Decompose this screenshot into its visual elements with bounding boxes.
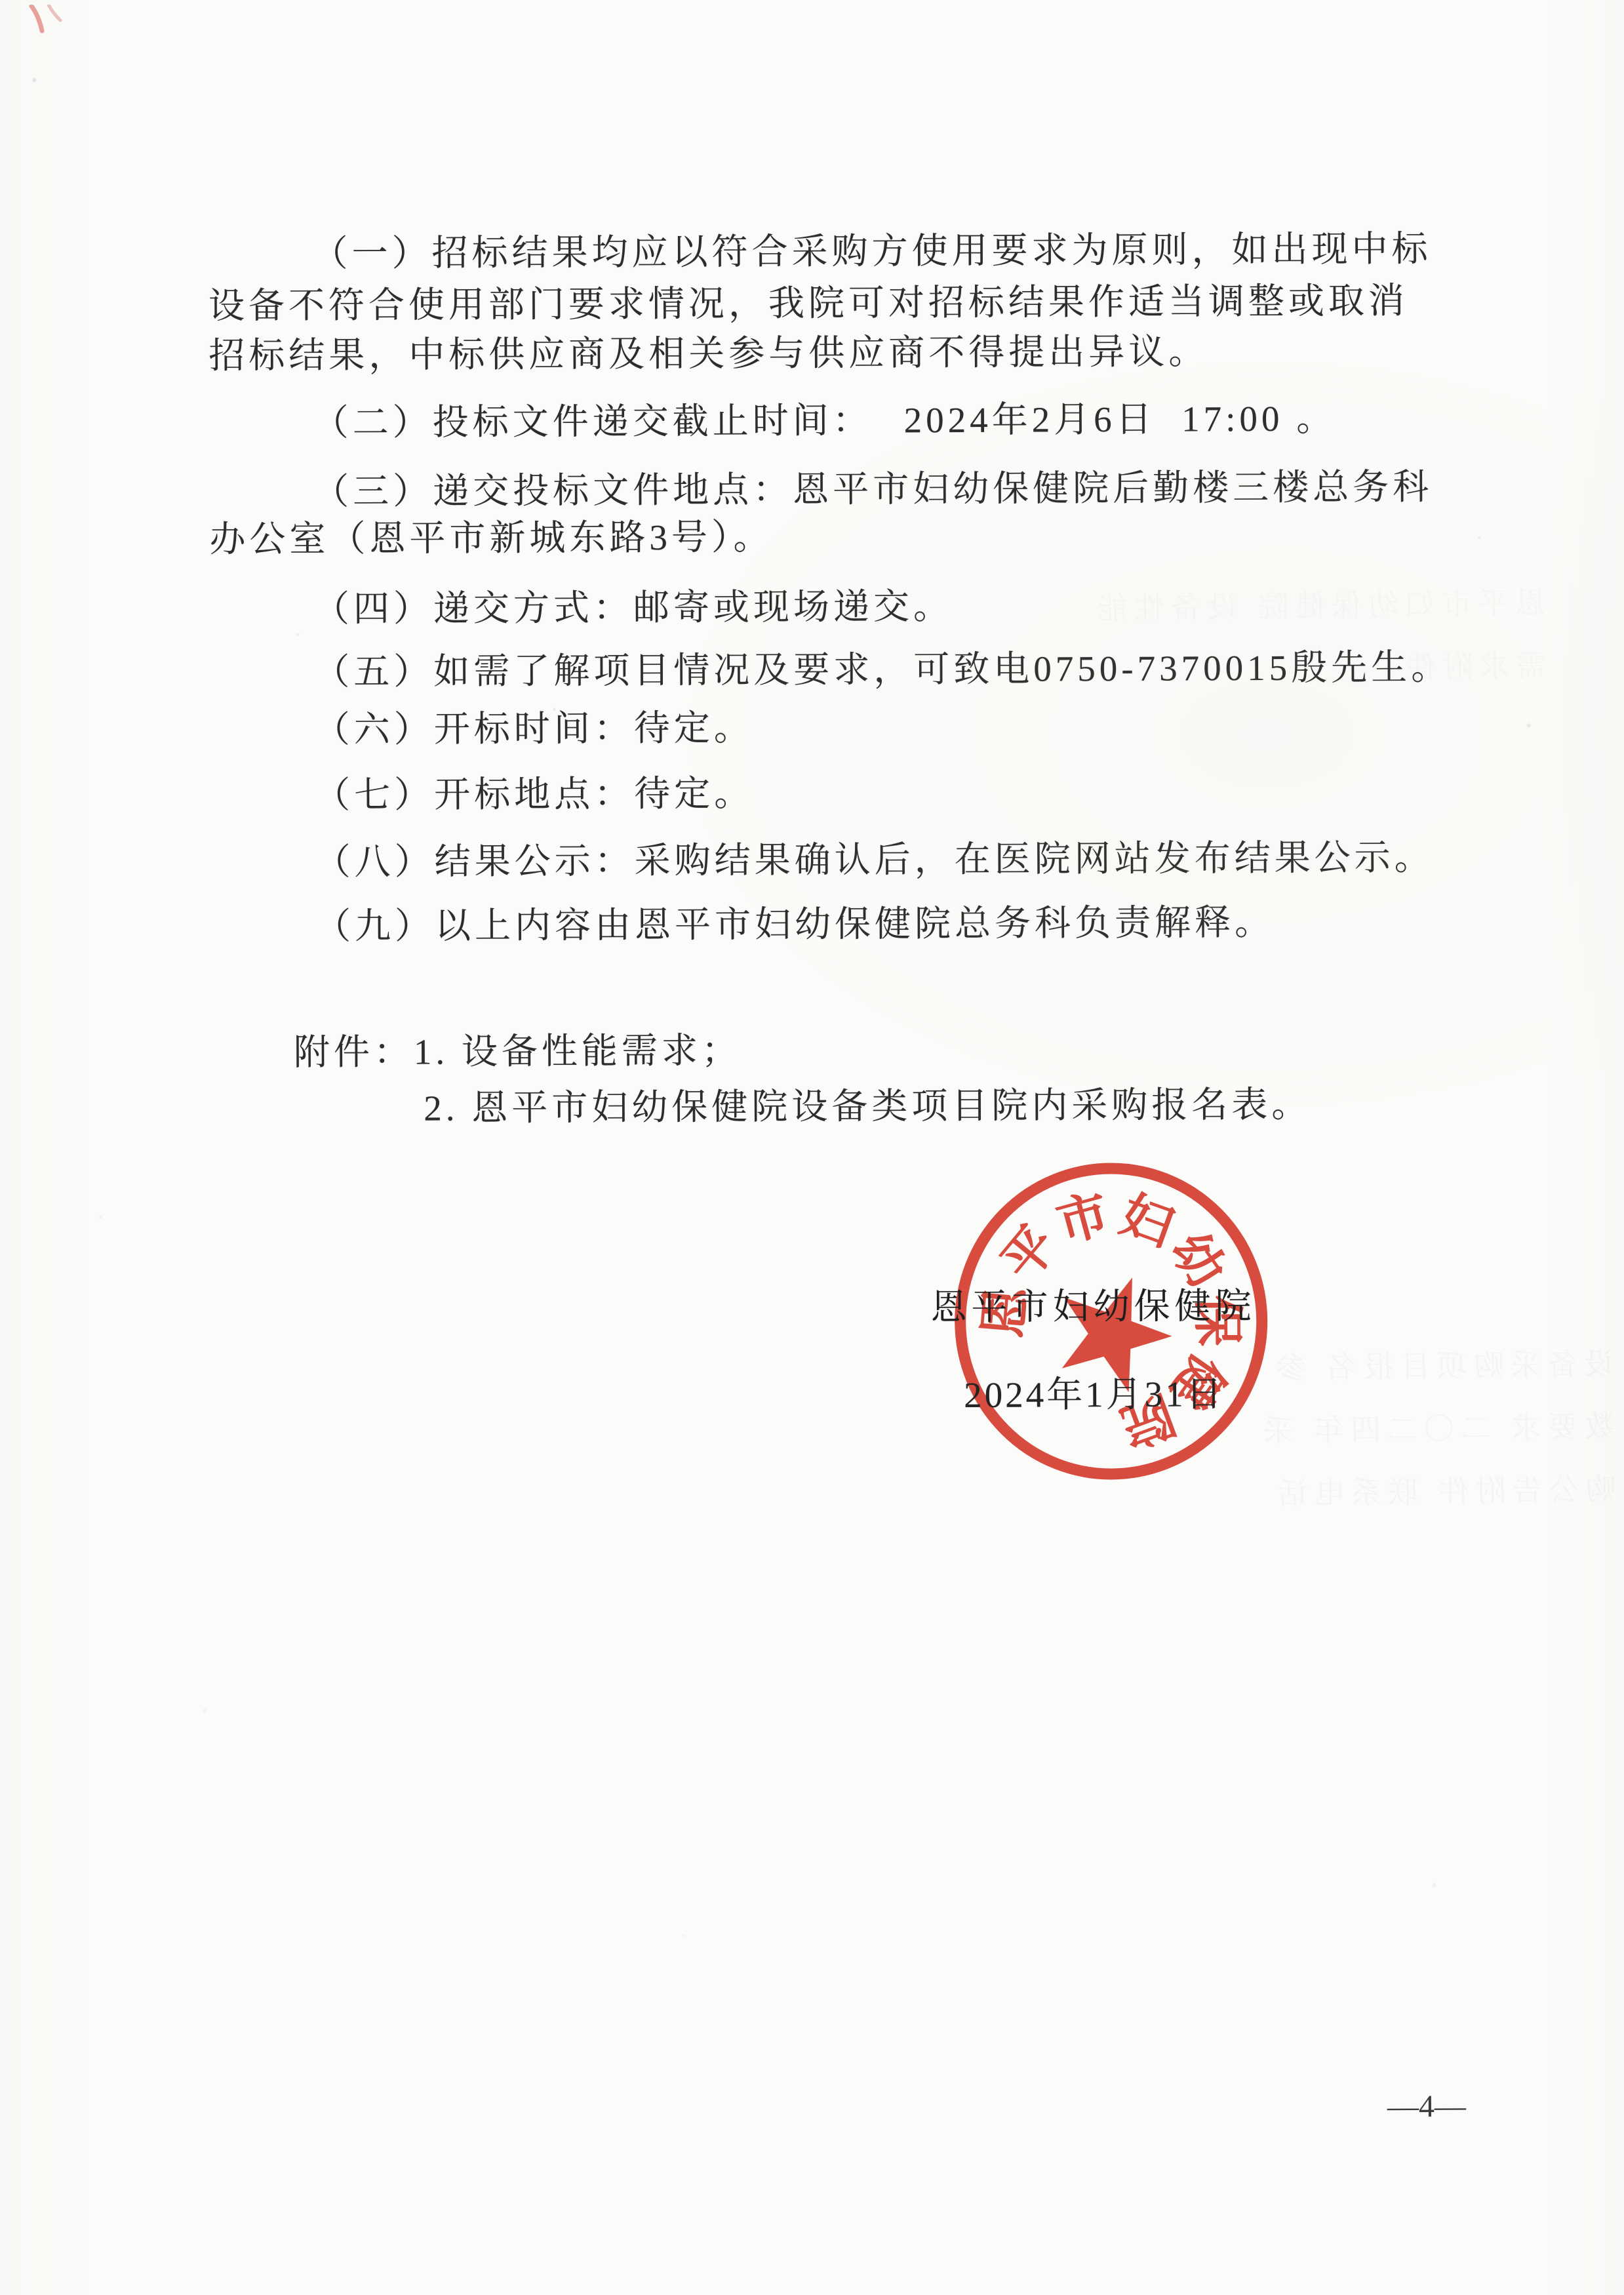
seal-ring-char: 平 <box>991 1216 1068 1292</box>
attachment-line-1: 附件：1. 设备性能需求； <box>294 1031 742 1071</box>
signature-org: 恩平市妇幼保健院 <box>930 1287 1256 1327</box>
deadline-line: （二）投标文件递交截止时间：2024年2月6日 17:00 。 <box>313 400 1337 443</box>
seal-ring-char: 市 <box>1051 1184 1115 1252</box>
paragraph-line: （三）递交投标文件地点：恩平市妇幼保健院后勤楼三楼总务科 <box>313 468 1433 511</box>
paragraph-line: （四）递交方式：邮寄或现场递交。 <box>313 588 953 628</box>
page-number: —4— <box>1387 2090 1466 2124</box>
paragraph-line: （九）以上内容由恩平市妇幼保健院总务科负责解释。 <box>315 904 1275 946</box>
paragraph-line: 招标结果，中标供应商及相关参与供应商不得提出异议。 <box>208 332 1208 375</box>
document-sheet: （一）招标结果均应以符合采购方使用要求为原则，如出现中标 设备不符合使用部门要求… <box>0 0 1624 2295</box>
signature-date: 2024年1月31日 <box>964 1375 1225 1414</box>
paragraph-line: （一）招标结果均应以符合采购方使用要求为原则，如出现中标 <box>311 230 1431 273</box>
paragraph-line: 设备不符合使用部门要求情况，我院可对招标结果作适当调整或取消 <box>208 282 1408 325</box>
paragraph-line: （六）开标时间：待定。 <box>314 709 754 749</box>
scanned-document-page: { "document": { "body_lines": [ { "text"… <box>0 0 1624 2295</box>
corner-ink-smudge <box>26 5 92 35</box>
paragraph-line: （七）开标地点：待定。 <box>314 774 754 814</box>
paragraph-line: 办公室（恩平市新城东路3号）。 <box>209 518 773 559</box>
deadline-value: 2024年2月6日 17:00 。 <box>904 400 1337 440</box>
bleed-through-ghost: 恩平市妇幼保健院 设备性能 需求附件 <box>1047 572 1547 704</box>
seal-ring-char: 妇 <box>1113 1186 1181 1256</box>
attachment-line-2: 2. 恩平市妇幼保健院设备类项目院内采购报名表。 <box>424 1086 1311 1128</box>
paragraph-line: （八）结果公示：采购结果确认后，在医院网站发布结果公示。 <box>314 839 1434 881</box>
deadline-label: （二）投标文件递交截止时间： <box>313 401 873 443</box>
bleed-through-ghost: 设备采购项目报名 参数要求 二〇二四年 采购公告附件 联系电话 <box>1234 1332 1617 1527</box>
